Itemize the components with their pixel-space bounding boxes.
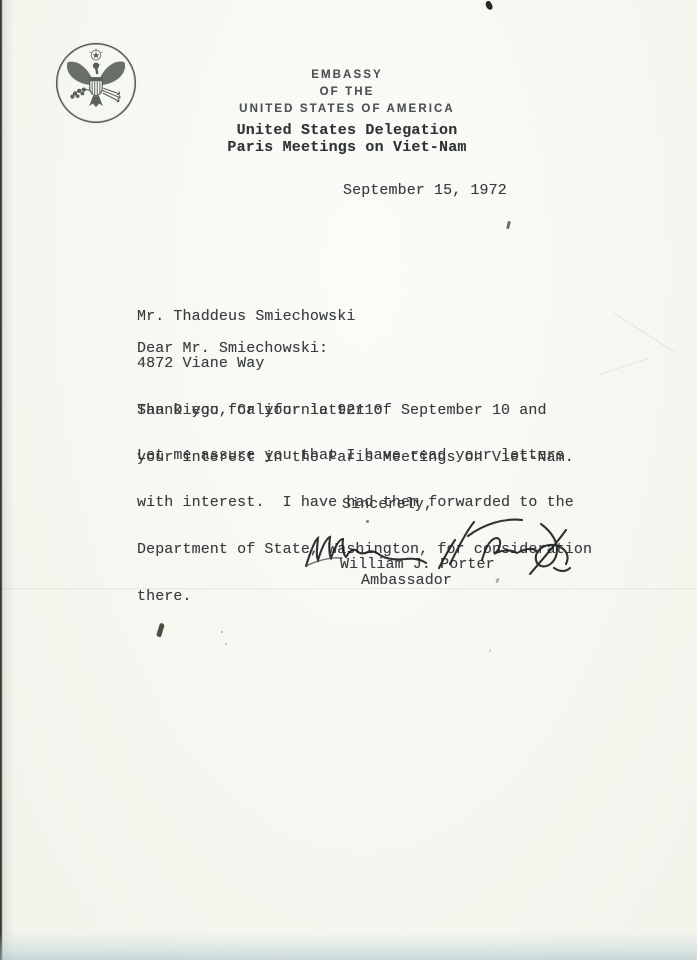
scan-speck	[225, 643, 227, 645]
letterhead-line-of-the: OF THE	[0, 84, 694, 101]
letterhead-line-embassy: EMBASSY	[0, 67, 694, 84]
delegation-name: United States Delegation	[0, 123, 694, 140]
scan-speck	[489, 649, 491, 652]
letterhead-line-usa: UNITED STATES OF AMERICA	[0, 101, 694, 118]
paper-crease	[599, 358, 649, 375]
salutation: Dear Mr. Smiechowski:	[137, 341, 328, 357]
letterhead: EMBASSY OF THE UNITED STATES OF AMERICA …	[0, 67, 694, 156]
scan-speck	[221, 631, 223, 633]
delegation-subname: Paris Meetings on Viet-Nam	[0, 140, 694, 157]
scan-mark	[484, 0, 494, 11]
scan-speck	[366, 520, 369, 523]
recipient-name: Mr. Thaddeus Smiechowski	[137, 309, 383, 325]
recipient-street: 4872 Viane Way	[137, 356, 383, 372]
signature-handwriting	[298, 508, 588, 598]
scan-mark	[506, 221, 511, 229]
paper-crease	[614, 312, 675, 352]
scan-edge-left-shadow	[3, 0, 14, 960]
scan-edge-bottom	[0, 932, 697, 960]
scanned-letter-page: EMBASSY OF THE UNITED STATES OF AMERICA …	[0, 0, 697, 960]
paragraph-line: Let me assure you that I have read your …	[137, 448, 592, 464]
paper-fold-line	[0, 588, 697, 590]
letter-date: September 15, 1972	[343, 183, 507, 199]
